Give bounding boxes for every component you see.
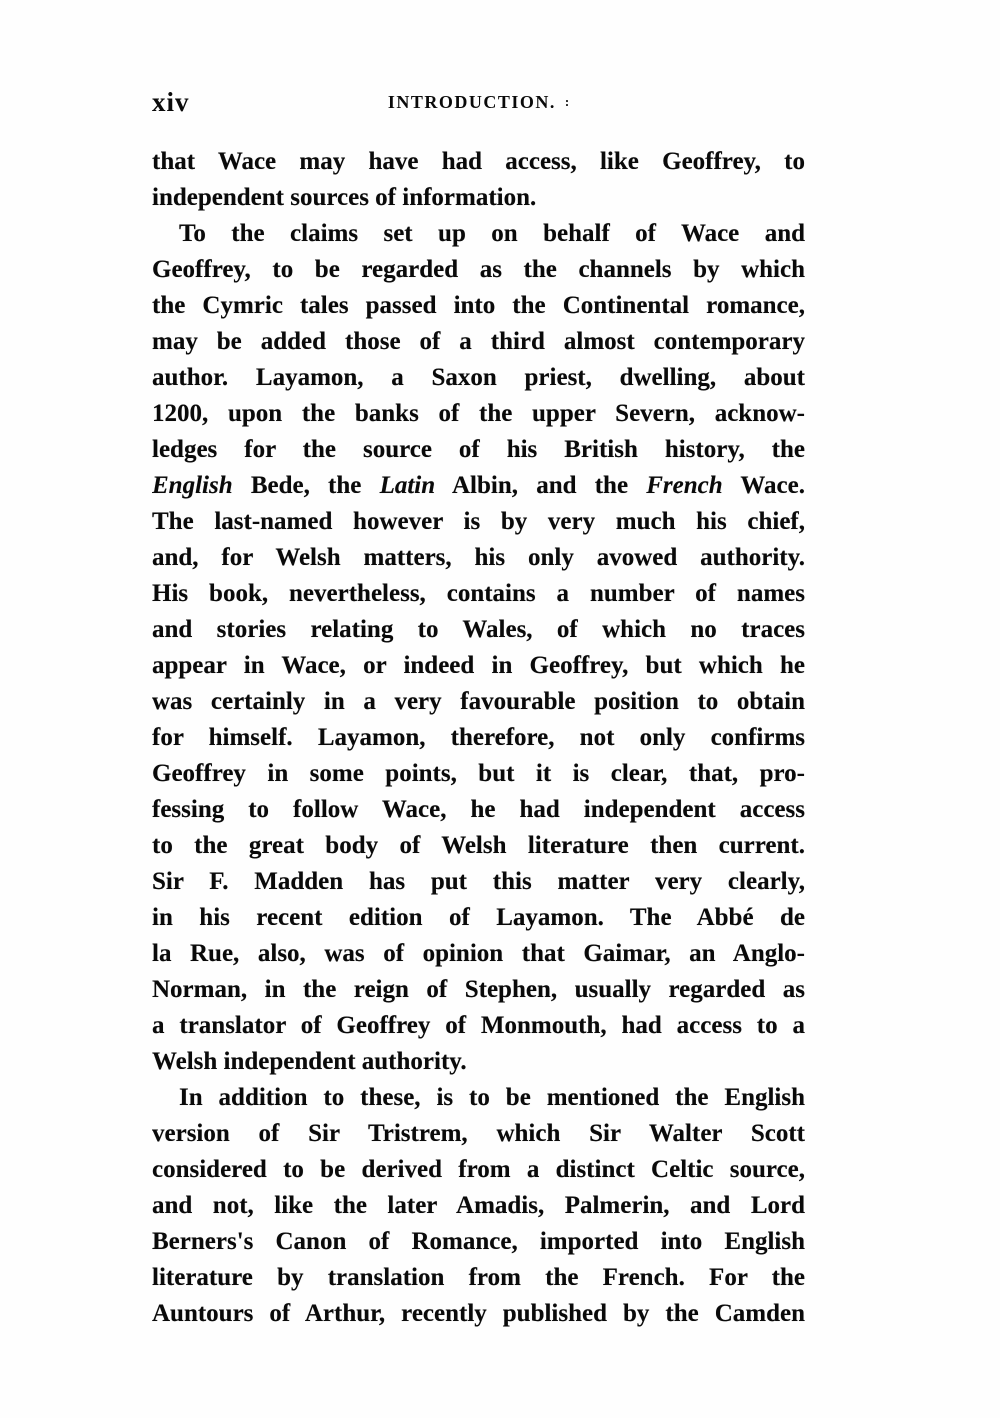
text-line: The last-named however is by very much h… bbox=[152, 504, 805, 540]
page-number: xiv bbox=[152, 88, 190, 116]
running-title-text: INTRODUCTION. bbox=[388, 92, 556, 112]
text-line: Geoffrey, to be regarded as the channels… bbox=[152, 252, 805, 288]
text-line: a translator of Geoffrey of Monmouth, ha… bbox=[152, 1008, 805, 1044]
text-line: the Cymric tales passed into the Contine… bbox=[152, 288, 805, 324]
text-line: may be added those of a third almost con… bbox=[152, 324, 805, 360]
text-line: 1200, upon the banks of the upper Severn… bbox=[152, 396, 805, 432]
book-page: xiv INTRODUCTION.: that Wace may have ha… bbox=[0, 0, 1000, 1418]
text-line: Berners's Canon of Romance, imported int… bbox=[152, 1224, 805, 1260]
text-line: for himself. Layamon, therefore, not onl… bbox=[152, 720, 805, 756]
text-line: and not, like the later Amadis, Palmerin… bbox=[152, 1188, 805, 1224]
text-line: was certainly in a very favourable posit… bbox=[152, 684, 805, 720]
text-line: and, for Welsh matters, his only avowed … bbox=[152, 540, 805, 576]
text-line: Sir F. Madden has put this matter very c… bbox=[152, 864, 805, 900]
text-line: that Wace may have had access, like Geof… bbox=[152, 144, 805, 180]
text-line: and stories relating to Wales, of which … bbox=[152, 612, 805, 648]
text-line: author. Layamon, a Saxon priest, dwellin… bbox=[152, 360, 805, 396]
text-line: la Rue, also, was of opinion that Gaimar… bbox=[152, 936, 805, 972]
text-line: Auntours of Arthur, recently published b… bbox=[152, 1296, 805, 1332]
text-line: to the great body of Welsh literature th… bbox=[152, 828, 805, 864]
header-ink-mark: : bbox=[565, 94, 569, 109]
text-line: considered to be derived from a distinct… bbox=[152, 1152, 805, 1188]
text-line: His book, nevertheless, contains a numbe… bbox=[152, 576, 805, 612]
text-line: Welsh independent authority. bbox=[152, 1044, 805, 1080]
text-line: ledges for the source of his British his… bbox=[152, 432, 805, 468]
text-line: independent sources of information. bbox=[152, 180, 805, 216]
text-line: appear in Wace, or indeed in Geoffrey, b… bbox=[152, 648, 805, 684]
text-line: fessing to follow Wace, he had independe… bbox=[152, 792, 805, 828]
page-body: that Wace may have had access, like Geof… bbox=[152, 144, 805, 1332]
text-line: In addition to these, is to be mentioned… bbox=[152, 1080, 805, 1116]
text-line: Geoffrey in some points, but it is clear… bbox=[152, 756, 805, 792]
text-line: literature by translation from the Frenc… bbox=[152, 1260, 805, 1296]
running-title: INTRODUCTION.: bbox=[152, 88, 805, 118]
text-line: English Bede, the Latin Albin, and the F… bbox=[152, 468, 805, 504]
text-line: in his recent edition of Layamon. The Ab… bbox=[152, 900, 805, 936]
text-line: To the claims set up on behalf of Wace a… bbox=[152, 216, 805, 252]
page-header: xiv INTRODUCTION.: bbox=[152, 88, 805, 118]
text-line: version of Sir Tristrem, which Sir Walte… bbox=[152, 1116, 805, 1152]
text-line: Norman, in the reign of Stephen, usually… bbox=[152, 972, 805, 1008]
